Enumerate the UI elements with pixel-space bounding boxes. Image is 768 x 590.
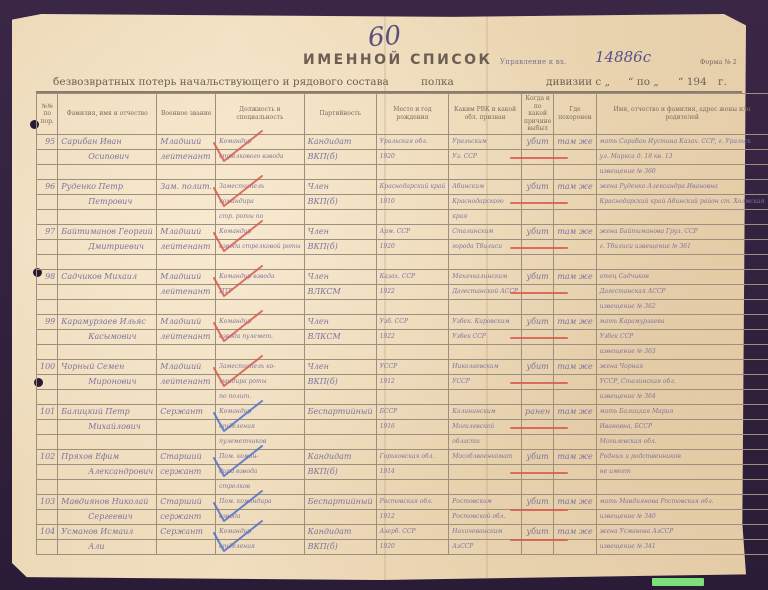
cell-relatives: Дагестанская АССР [596, 284, 768, 299]
cell-position: стр. роты по [216, 209, 305, 224]
cell-party: ВЛКСМ [304, 284, 376, 299]
cell-number [37, 164, 58, 179]
cell-relatives: не имеет [596, 464, 768, 479]
cell-buried: там же [554, 134, 596, 149]
cell-rank [157, 299, 216, 314]
cell-birth: 1922 [376, 329, 449, 344]
cell-when: убит [521, 314, 553, 329]
cell-name: Дмитриевич [58, 239, 157, 254]
cell-draft: Уральским [449, 134, 522, 149]
cell-position: Командир [216, 404, 305, 419]
table-row-continuation: по полит.извещение № 364 [37, 389, 768, 404]
table-row-continuation: стр. роты покрая [37, 209, 768, 224]
cell-relatives: Родных и родственников [596, 449, 768, 464]
cell-rank: Младший [157, 269, 216, 284]
cell-relatives: жена Байтиманова Груз. ССР [596, 224, 768, 239]
cell-position [216, 164, 305, 179]
cell-draft: Сталинским [449, 224, 522, 239]
cell-when: убит [521, 179, 553, 194]
cell-number: 103 [37, 494, 58, 509]
table-row: 99Карамурзаев ИльясМладшийКомандирЧленУз… [37, 314, 768, 329]
cell-number [37, 239, 58, 254]
cell-party: Кандидат [304, 524, 376, 539]
red-underline-mark [510, 472, 568, 474]
red-underline-mark [510, 247, 568, 249]
cell-number [37, 389, 58, 404]
table-row: 102Пряхов ЕфимСтаршийПом. коман-Кандидат… [37, 449, 768, 464]
cell-party: ВКП(б) [304, 374, 376, 389]
cell-party [304, 509, 376, 524]
cell-draft [449, 479, 522, 494]
cell-position: Командир [216, 314, 305, 329]
cell-name [58, 164, 157, 179]
table-row: 98Садчиков МихаилМладшийКомандир взводаЧ… [37, 269, 768, 284]
cell-party: Кандидат [304, 134, 376, 149]
cell-position: по полит. [216, 389, 305, 404]
cell-buried [554, 299, 596, 314]
cell-rank [157, 539, 216, 554]
cell-name: Михайлович [58, 419, 157, 434]
cell-rank [157, 434, 216, 449]
cell-rank: Старший [157, 449, 216, 464]
cell-when [521, 299, 553, 314]
subtitle-regiment: полка [421, 76, 454, 88]
cell-name: Руденко Петр [58, 179, 157, 194]
cell-name: Александрович [58, 464, 157, 479]
cell-relatives: Краснодарский край Абинский район ст. Хо… [596, 194, 768, 209]
cell-name [58, 479, 157, 494]
cell-position: Заместитель ко- [216, 359, 305, 374]
cell-buried [554, 344, 596, 359]
cell-birth: Уральская обл. [376, 134, 449, 149]
cell-number [37, 329, 58, 344]
table-row-continuation [37, 254, 768, 269]
cell-name [58, 299, 157, 314]
cell-party: ВЛКСМ [304, 329, 376, 344]
cell-draft [449, 389, 522, 404]
cell-birth [376, 164, 449, 179]
column-header-position: Должность и специальность [216, 94, 305, 135]
cell-relatives: ул. Маркса д. 18 кв. 13 [596, 149, 768, 164]
cell-name [58, 389, 157, 404]
cell-relatives: мать Карамурзаева [596, 314, 768, 329]
cell-number [37, 509, 58, 524]
cell-rank: Старший [157, 494, 216, 509]
cell-relatives: Ивановна, БССР [596, 419, 768, 434]
cell-party: ВКП(б) [304, 539, 376, 554]
cell-relatives: жена Усманова АзССР [596, 524, 768, 539]
cell-relatives: извещение № 340 [596, 509, 768, 524]
cell-when [521, 344, 553, 359]
table-row: 97Байтиманов ГеоргийМладшийКомандирЧленА… [37, 224, 768, 239]
cell-party [304, 389, 376, 404]
cell-number [37, 299, 58, 314]
cell-number [37, 344, 58, 359]
cell-position: взвода стрелковой роты [216, 239, 305, 254]
table-row-continuation: Осиповичлейтенантстрелкового взводаВКП(б… [37, 149, 768, 164]
cell-draft: Нахичеванским [449, 524, 522, 539]
table-row-continuation: Александровичсержантдира взводаВКП(б)191… [37, 464, 768, 479]
cell-buried [554, 254, 596, 269]
table-body: 95Сарибан ИванМладшийКомандирКандидатУра… [37, 134, 768, 554]
cell-relatives [596, 479, 768, 494]
table-row-continuation: стрелков [37, 479, 768, 494]
cell-rank [157, 419, 216, 434]
cell-relatives: мать Мавдиянова Ростовская обл. [596, 494, 768, 509]
cell-position: стрелков [216, 479, 305, 494]
cell-buried: там же [554, 314, 596, 329]
red-underline-mark [510, 157, 568, 159]
cell-rank [157, 254, 216, 269]
cell-birth [376, 389, 449, 404]
cell-name: Пряхов Ефим [58, 449, 157, 464]
cell-relatives [596, 209, 768, 224]
cell-rank: лейтенант [157, 284, 216, 299]
cell-position: Командир [216, 524, 305, 539]
table-row-continuation: Касымовичлейтенантвзвода пулемет.ВЛКСМ19… [37, 329, 768, 344]
cell-name [58, 209, 157, 224]
cell-relatives: мать Сарибан Иустина Казах. ССР, г. Урал… [596, 134, 768, 149]
cell-name: Сарибан Иван [58, 134, 157, 149]
table-row: 103Мавдиянов НиколайСтаршийПом. командир… [37, 494, 768, 509]
cell-number [37, 419, 58, 434]
cell-number [37, 479, 58, 494]
cell-party: Беспартийный [304, 494, 376, 509]
cell-name: Садчиков Михаил [58, 269, 157, 284]
cell-buried [554, 479, 596, 494]
cell-draft [449, 164, 522, 179]
cell-position: Пом. коман- [216, 449, 305, 464]
column-header-relatives: Имя, отчество и фамилия, адрес жены или … [596, 94, 768, 135]
cell-number: 101 [37, 404, 58, 419]
cell-birth: 1912 [376, 509, 449, 524]
cell-name: Али [58, 539, 157, 554]
table-row-continuation: извещение № 363 [37, 344, 768, 359]
cell-relatives: извещение № 364 [596, 389, 768, 404]
cell-name: Балицкий Петр [58, 404, 157, 419]
red-underline-mark [510, 509, 568, 511]
red-underline-mark [510, 337, 568, 339]
subtitle-losses: безвозвратных потерь начальствующего и р… [53, 76, 389, 88]
cell-rank: Младший [157, 314, 216, 329]
cell-rank [157, 344, 216, 359]
cell-number [37, 374, 58, 389]
cell-draft: Абинским [449, 179, 522, 194]
cell-number [37, 434, 58, 449]
cell-position: Командир взвода [216, 269, 305, 284]
cell-number: 100 [37, 359, 58, 374]
cell-when [521, 479, 553, 494]
table-row-continuation: Михайловичотделения1916МогилевскойИванов… [37, 419, 768, 434]
cell-buried: там же [554, 359, 596, 374]
cell-party: ВКП(б) [304, 239, 376, 254]
table-row: 101Балицкий ПетрСержантКомандирБеспартий… [37, 404, 768, 419]
cell-party [304, 299, 376, 314]
subtitle-year: “ 194 [678, 76, 707, 88]
cell-party: ВКП(б) [304, 149, 376, 164]
cell-party [304, 434, 376, 449]
column-header-birth: Место и год рождения [376, 94, 449, 135]
red-underline-mark [510, 539, 568, 541]
cell-number [37, 284, 58, 299]
cell-birth: 1922 [376, 284, 449, 299]
cell-birth [376, 254, 449, 269]
table-row-continuation: ПетровичкомандираВКП(б)1910Краснодарског… [37, 194, 768, 209]
cell-birth: УССР [376, 359, 449, 374]
cell-birth [376, 209, 449, 224]
red-underline-mark [510, 202, 568, 204]
cell-name: Усманов Исмаил [58, 524, 157, 539]
table-row: 96Руденко ПетрЗам. полит.ЗаместительЧлен… [37, 179, 768, 194]
cell-draft [449, 254, 522, 269]
cell-party: Беспартийный [304, 404, 376, 419]
cell-party: ВКП(б) [304, 464, 376, 479]
cell-when: ранен [521, 404, 553, 419]
cell-birth [376, 299, 449, 314]
cell-draft: Ростовской обл. [449, 509, 522, 524]
cell-rank: Сержант [157, 524, 216, 539]
cell-birth: 1920 [376, 539, 449, 554]
cell-buried: там же [554, 269, 596, 284]
cell-relatives [596, 254, 768, 269]
cell-position: отделения [216, 539, 305, 554]
cell-position [216, 299, 305, 314]
cell-rank: Зам. полит. [157, 179, 216, 194]
stamp-number: 14886с [595, 48, 651, 66]
cell-relatives: извещение № 362 [596, 299, 768, 314]
cell-name: Петрович [58, 194, 157, 209]
table-row-continuation: пулеметчиковобластиМогилевская обл. [37, 434, 768, 449]
cell-rank [157, 479, 216, 494]
column-header-name: Фамилия, имя и отчество [58, 94, 157, 135]
column-header-departure: Когда и по какой причине выбыл [521, 94, 553, 135]
subtitle-year-suffix: г. [718, 76, 727, 88]
cell-birth: 1920 [376, 149, 449, 164]
cell-rank: лейтенант [157, 239, 216, 254]
sheet-number: 60 [367, 21, 403, 54]
table-header: №№ по пор. Фамилия, имя и отчество Военн… [37, 94, 768, 135]
subtitle-to: “ по „ [628, 76, 659, 88]
cell-when: убит [521, 524, 553, 539]
cell-position: Командир [216, 224, 305, 239]
cell-relatives: извещение № 341 [596, 539, 768, 554]
cell-party: Член [304, 179, 376, 194]
cell-name: Байтиманов Георгий [58, 224, 157, 239]
cell-position: ПТР [216, 284, 305, 299]
cell-draft: Мособлвоенкомат [449, 449, 522, 464]
cell-draft [449, 299, 522, 314]
cell-when [521, 209, 553, 224]
cell-rank: лейтенант [157, 374, 216, 389]
cell-party [304, 209, 376, 224]
cell-when: убит [521, 269, 553, 284]
cell-when: убит [521, 134, 553, 149]
table-row-continuation: АлиотделенияВКП(б)1920АзССРизвещение № 3… [37, 539, 768, 554]
cell-rank: Младший [157, 359, 216, 374]
cell-draft: края [449, 209, 522, 224]
red-underline-mark [510, 382, 568, 384]
table-row: 100Чорный СеменМладшийЗаместитель ко-Чле… [37, 359, 768, 374]
cell-birth: 1910 [376, 194, 449, 209]
cell-rank: Сержант [157, 404, 216, 419]
cell-when [521, 539, 553, 554]
cell-when: убит [521, 359, 553, 374]
column-header-rank: Военное звание [157, 94, 216, 135]
cell-relatives: отец Садчиков [596, 269, 768, 284]
cell-birth: Азерб. ССР [376, 524, 449, 539]
table-row-continuation: Сергеевичсержантвзвода1912Ростовской обл… [37, 509, 768, 524]
red-underline-mark [510, 292, 568, 294]
cell-when [521, 509, 553, 524]
cell-rank [157, 194, 216, 209]
cell-rank: лейтенант [157, 149, 216, 164]
cell-position [216, 254, 305, 269]
table-row: 104Усманов ИсмаилСержантКомандирКандидат… [37, 524, 768, 539]
cell-name: Чорный Семен [58, 359, 157, 374]
cell-number: 99 [37, 314, 58, 329]
cell-name [58, 284, 157, 299]
cell-position: пулеметчиков [216, 434, 305, 449]
table-row: 95Сарибан ИванМладшийКомандирКандидатУра… [37, 134, 768, 149]
cell-number: 95 [37, 134, 58, 149]
cell-number [37, 149, 58, 164]
cell-number: 98 [37, 269, 58, 284]
cell-when: убит [521, 449, 553, 464]
red-underline-mark [510, 427, 568, 429]
cell-buried: там же [554, 179, 596, 194]
cell-name [58, 254, 157, 269]
cell-rank: сержант [157, 464, 216, 479]
cell-number [37, 464, 58, 479]
cell-party [304, 479, 376, 494]
column-header-burial: Где похоронен [554, 94, 596, 135]
cell-number: 104 [37, 524, 58, 539]
cell-position: Командир [216, 134, 305, 149]
cell-draft: области [449, 434, 522, 449]
cell-birth [376, 344, 449, 359]
subtitle-division: дивизии с „ [546, 76, 610, 88]
cell-party: Член [304, 314, 376, 329]
cell-birth: 1912 [376, 374, 449, 389]
cell-relatives: Могилевская обл. [596, 434, 768, 449]
cell-rank: лейтенант [157, 329, 216, 344]
cell-name: Мавдиянов Николай [58, 494, 157, 509]
cell-number: 97 [37, 224, 58, 239]
cell-number [37, 539, 58, 554]
form-number: Форма № 2 [700, 58, 737, 66]
cell-position: взвода пулемет. [216, 329, 305, 344]
cell-birth [376, 479, 449, 494]
column-header-number: №№ по пор. [37, 94, 58, 135]
cell-buried: там же [554, 524, 596, 539]
cell-when [521, 254, 553, 269]
cell-draft: Николаевским [449, 359, 522, 374]
cell-draft: Махачкалинским [449, 269, 522, 284]
cell-birth [376, 434, 449, 449]
cell-name: Касымович [58, 329, 157, 344]
table-row-continuation: извещение № 360 [37, 164, 768, 179]
cell-draft: АзССР [449, 539, 522, 554]
cell-buried [554, 539, 596, 554]
cell-when [521, 434, 553, 449]
cell-number: 96 [37, 179, 58, 194]
cell-relatives: извещение № 360 [596, 164, 768, 179]
cell-position: дира взвода [216, 464, 305, 479]
column-header-party: Партийность [304, 94, 376, 135]
cell-rank: Младший [157, 224, 216, 239]
cell-position [216, 344, 305, 359]
cell-buried [554, 389, 596, 404]
cell-buried [554, 164, 596, 179]
document-title: ИМЕННОЙ СПИСОК [303, 52, 492, 68]
cell-birth: Краснодарский край [376, 179, 449, 194]
stamp-label: Управление к вх. [500, 58, 567, 66]
cell-birth: 1920 [376, 239, 449, 254]
cell-position: отделения [216, 419, 305, 434]
cell-draft [449, 344, 522, 359]
cell-birth: 1914 [376, 464, 449, 479]
cell-buried [554, 209, 596, 224]
cell-when: убит [521, 224, 553, 239]
cell-party [304, 344, 376, 359]
cell-rank [157, 209, 216, 224]
table-row-continuation: Мироновичлейтенантмандира ротыВКП(б)1912… [37, 374, 768, 389]
cell-rank: Младший [157, 134, 216, 149]
cell-when [521, 164, 553, 179]
cell-name: Сергеевич [58, 509, 157, 524]
cell-when [521, 389, 553, 404]
cell-buried: там же [554, 449, 596, 464]
cell-name: Карамурзаев Ильяс [58, 314, 157, 329]
losses-table: №№ по пор. Фамилия, имя и отчество Военн… [36, 93, 768, 555]
cell-number [37, 209, 58, 224]
cell-position: командира [216, 194, 305, 209]
cell-position: Заместитель [216, 179, 305, 194]
cell-party [304, 164, 376, 179]
cell-number: 102 [37, 449, 58, 464]
cell-draft: Калининским [449, 404, 522, 419]
cell-party: ВКП(б) [304, 194, 376, 209]
cell-buried: там же [554, 224, 596, 239]
column-header-draft: Каким РВК и какой обл. призван [449, 94, 522, 135]
cell-draft: Узбек. Кировским [449, 314, 522, 329]
table-row-continuation: извещение № 362 [37, 299, 768, 314]
cell-position: стрелкового взвода [216, 149, 305, 164]
cell-name [58, 344, 157, 359]
cell-party: Член [304, 269, 376, 284]
scan-marker-tab [652, 578, 704, 586]
cell-rank [157, 389, 216, 404]
cell-position: Пом. командира [216, 494, 305, 509]
cell-rank: сержант [157, 509, 216, 524]
table-row-continuation: Дмитриевичлейтенантвзвода стрелковой рот… [37, 239, 768, 254]
cell-relatives: жена Руденко Александра Ивановна [596, 179, 768, 194]
cell-party: Член [304, 359, 376, 374]
cell-relatives: мать Балицкая Мария [596, 404, 768, 419]
cell-birth: Узб. ССР [376, 314, 449, 329]
cell-buried: там же [554, 494, 596, 509]
cell-birth: Казах. ССР [376, 269, 449, 284]
cell-buried: там же [554, 404, 596, 419]
cell-draft: Ростовским [449, 494, 522, 509]
cell-birth: Горьковская обл. [376, 449, 449, 464]
cell-buried [554, 434, 596, 449]
cell-position: взвода [216, 509, 305, 524]
cell-name [58, 434, 157, 449]
cell-relatives: извещение № 363 [596, 344, 768, 359]
cell-party [304, 419, 376, 434]
cell-number [37, 194, 58, 209]
